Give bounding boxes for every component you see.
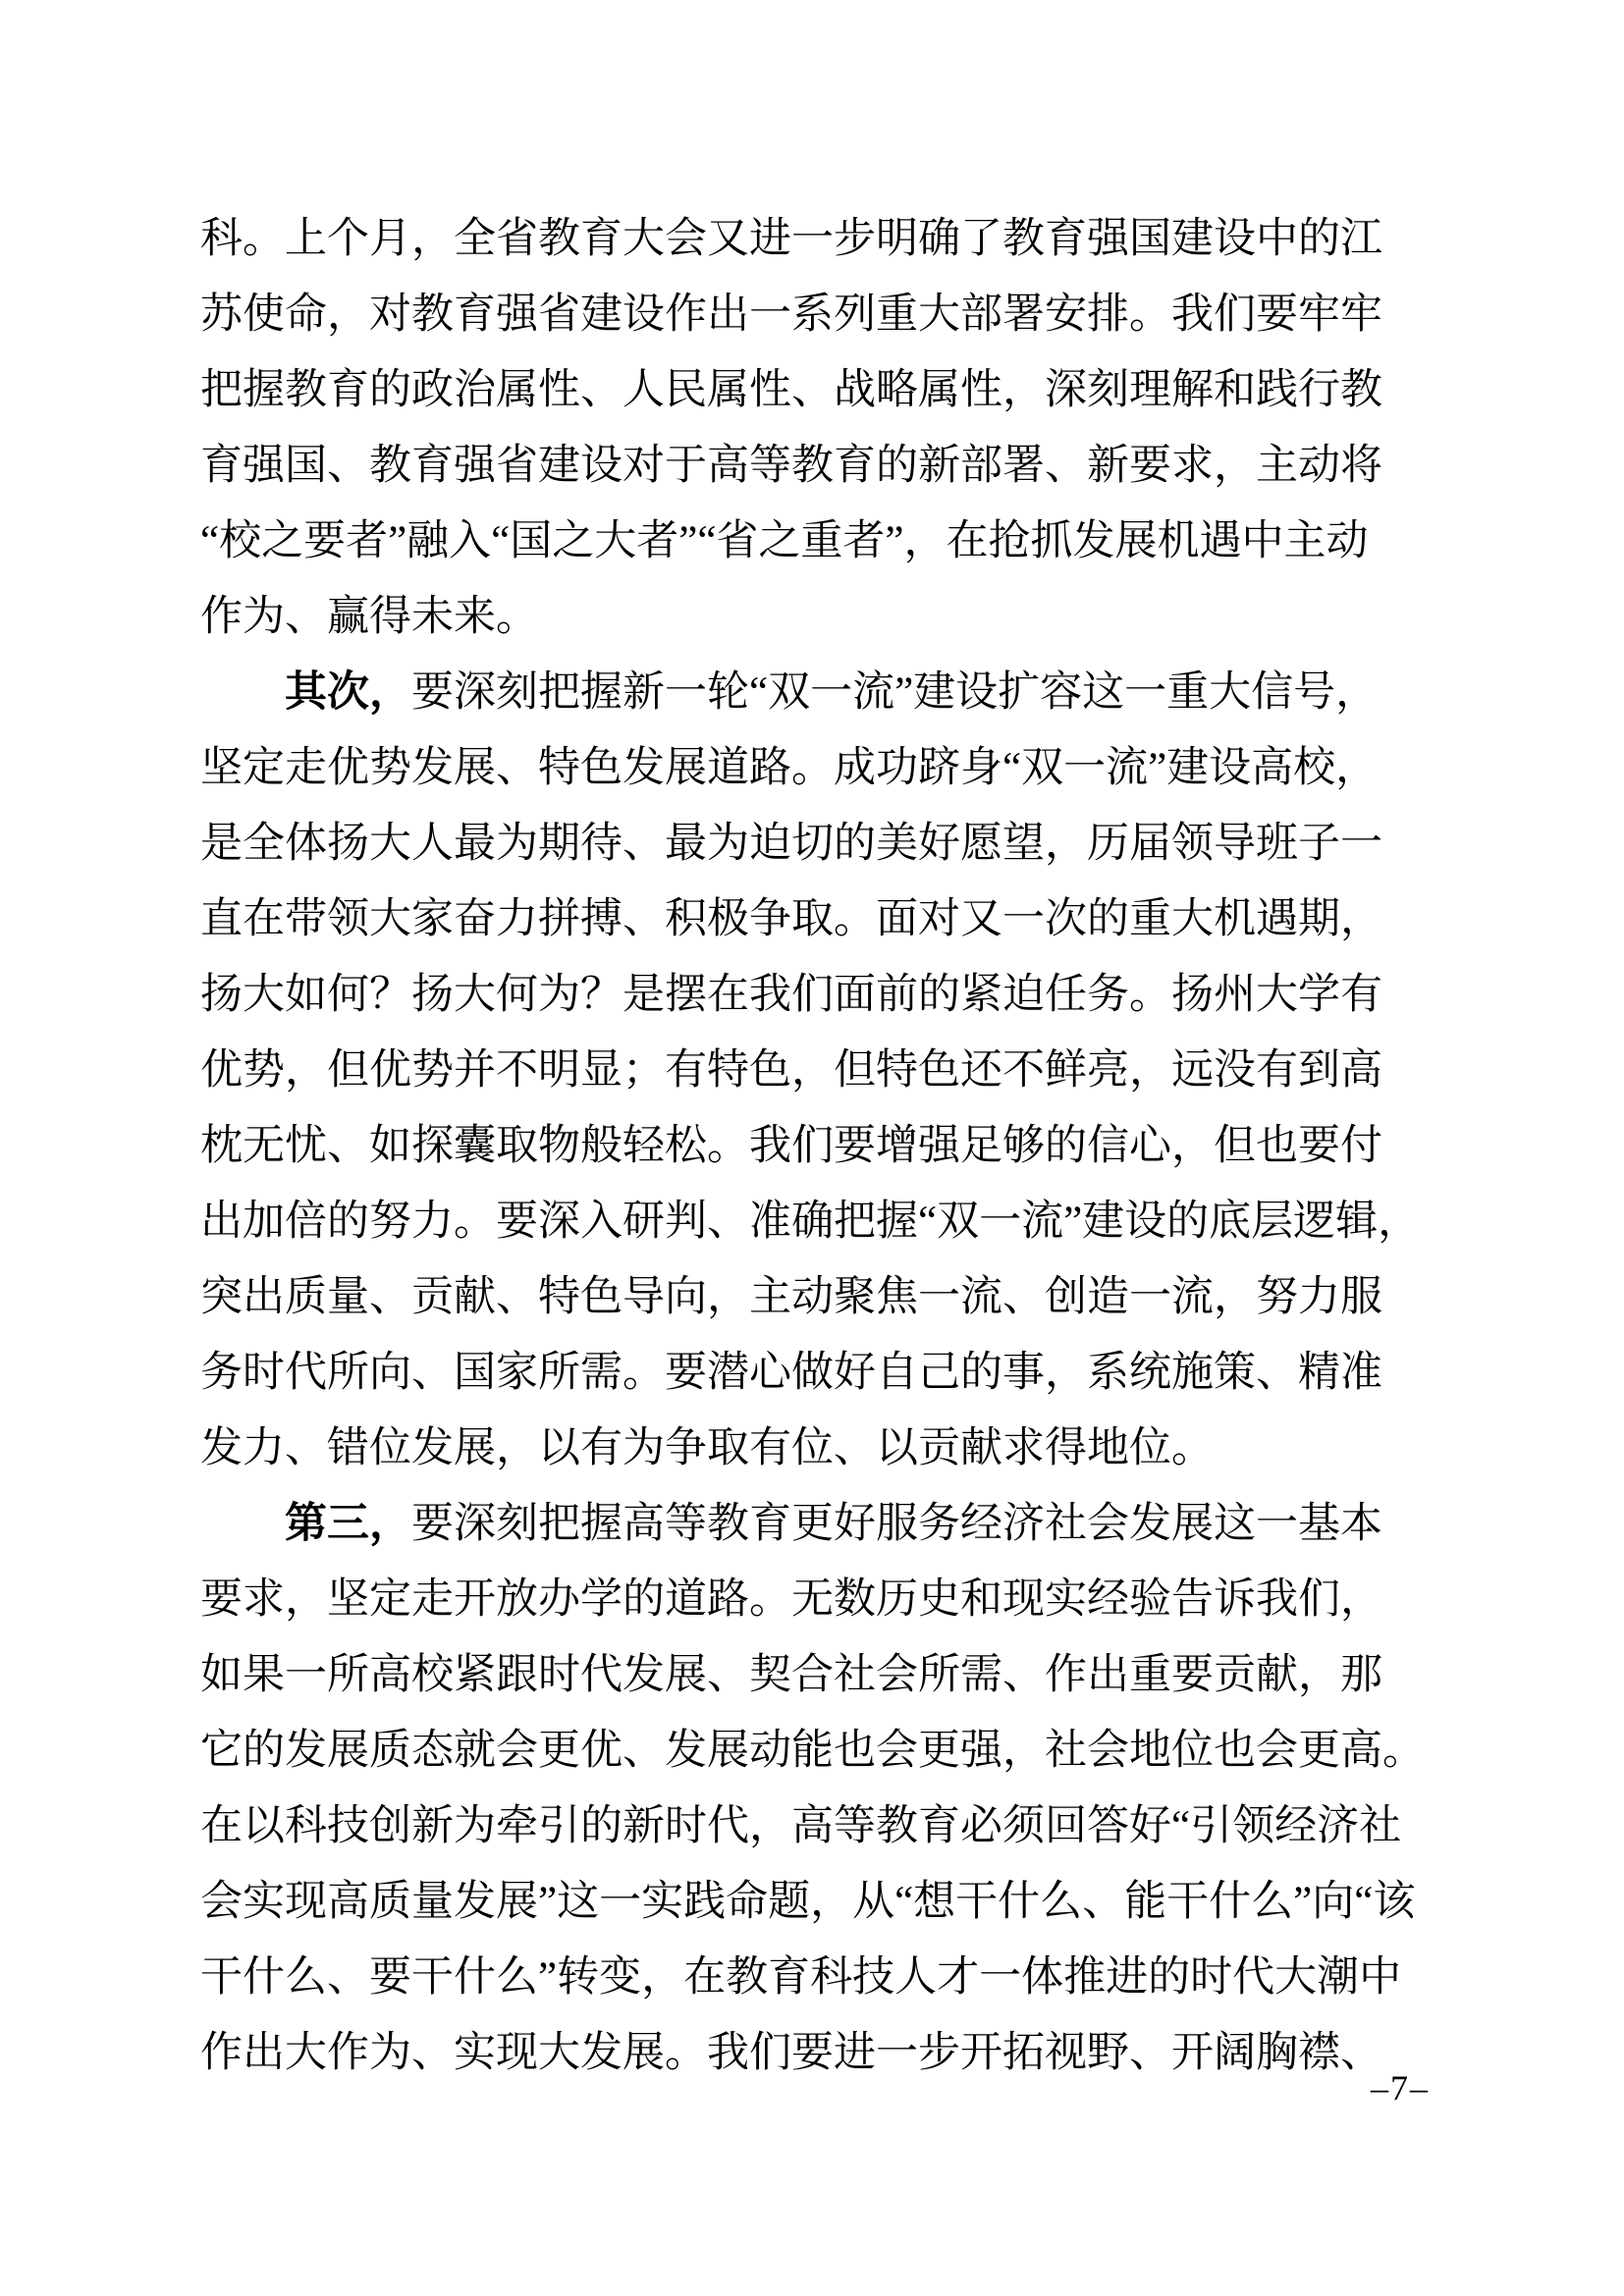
text-line: 出加倍的努力。要深入研判、准确把握“双一流”建设的底层逻辑， <box>200 1184 1430 1259</box>
text-line: 科。上个月，全省教育大会又进一步明确了教育强国建设中的江 <box>200 201 1430 277</box>
text-line: 在以科技创新为牵引的新时代，高等教育必须回答好“引领经济社 <box>200 1789 1430 1864</box>
paragraph-third: 第三，要深刻把握高等教育更好服务经济社会发展这一基本 要求，坚定走开放办学的道路… <box>200 1486 1430 2091</box>
text-line: 第三，要深刻把握高等教育更好服务经济社会发展这一基本 <box>200 1486 1430 1562</box>
text-line: 务时代所向、国家所需。要潜心做好自己的事，系统施策、精准 <box>200 1335 1430 1411</box>
document-page: 科。上个月，全省教育大会又进一步明确了教育强国建设中的江 苏使命，对教育强省建设… <box>0 0 1624 2296</box>
text-line: 要求，坚定走开放办学的道路。无数历史和现实经验告诉我们， <box>200 1562 1430 1637</box>
text-line: 干什么、要干什么”转变，在教育科技人才一体推进的时代大潮中 <box>200 1940 1430 2015</box>
text-line: 发力、错位发展，以有为争取有位、以贡献求得地位。 <box>200 1411 1430 1486</box>
paragraph-continuation: 科。上个月，全省教育大会又进一步明确了教育强国建设中的江 苏使命，对教育强省建设… <box>200 201 1430 655</box>
text-line: 把握教育的政治属性、人民属性、战略属性，深刻理解和践行教 <box>200 352 1430 428</box>
text-line: 育强国、教育强省建设对于高等教育的新部署、新要求，主动将 <box>200 428 1430 504</box>
text-line: 苏使命，对教育强省建设作出一系列重大部署安排。我们要牢牢 <box>200 277 1430 352</box>
text-line: 会实现高质量发展”这一实践命题，从“想干什么、能干什么”向“该 <box>200 1864 1430 1940</box>
paragraph-second: 其次，要深刻把握新一轮“双一流”建设扩容这一重大信号， 坚定走优势发展、特色发展… <box>200 655 1430 1486</box>
text-line: 突出质量、贡献、特色导向，主动聚焦一流、创造一流，努力服 <box>200 1259 1430 1335</box>
text-line: 它的发展质态就会更优、发展动能也会更强，社会地位也会更高。 <box>200 1713 1430 1789</box>
page-number: –7– <box>200 2063 1430 2112</box>
text-line: 优势，但优势并不明显；有特色，但特色还不鲜亮，远没有到高 <box>200 1033 1430 1108</box>
text-line: 扬大如何？扬大何为？是摆在我们面前的紧迫任务。扬州大学有 <box>200 957 1430 1033</box>
text-line: 作为、赢得未来。 <box>200 579 1430 655</box>
text-line: “校之要者”融入“国之大者”“省之重者”，在抢抓发展机遇中主动 <box>200 504 1430 579</box>
paragraph-lead-rest: 要深刻把握高等教育更好服务经济社会发展这一基本 <box>411 1501 1382 1547</box>
text-line: 其次，要深刻把握新一轮“双一流”建设扩容这一重大信号， <box>200 655 1430 730</box>
text-line: 是全体扬大人最为期待、最为迫切的美好愿望，历届领导班子一 <box>200 806 1430 881</box>
text-line: 坚定走优势发展、特色发展道路。成功跻身“双一流”建设高校， <box>200 730 1430 806</box>
text-line: 枕无忧、如探囊取物般轻松。我们要增强足够的信心，但也要付 <box>200 1108 1430 1184</box>
paragraph-lead-bold: 第三， <box>285 1501 411 1547</box>
text-line: 如果一所高校紧跟时代发展、契合社会所需、作出重要贡献，那 <box>200 1637 1430 1713</box>
text-line: 直在带领大家奋力拼搏、积极争取。面对又一次的重大机遇期， <box>200 881 1430 957</box>
paragraph-lead-bold: 其次， <box>285 669 411 716</box>
document-body: 科。上个月，全省教育大会又进一步明确了教育强国建设中的江 苏使命，对教育强省建设… <box>200 201 1430 2091</box>
paragraph-lead-rest: 要深刻把握新一轮“双一流”建设扩容这一重大信号， <box>411 669 1378 716</box>
